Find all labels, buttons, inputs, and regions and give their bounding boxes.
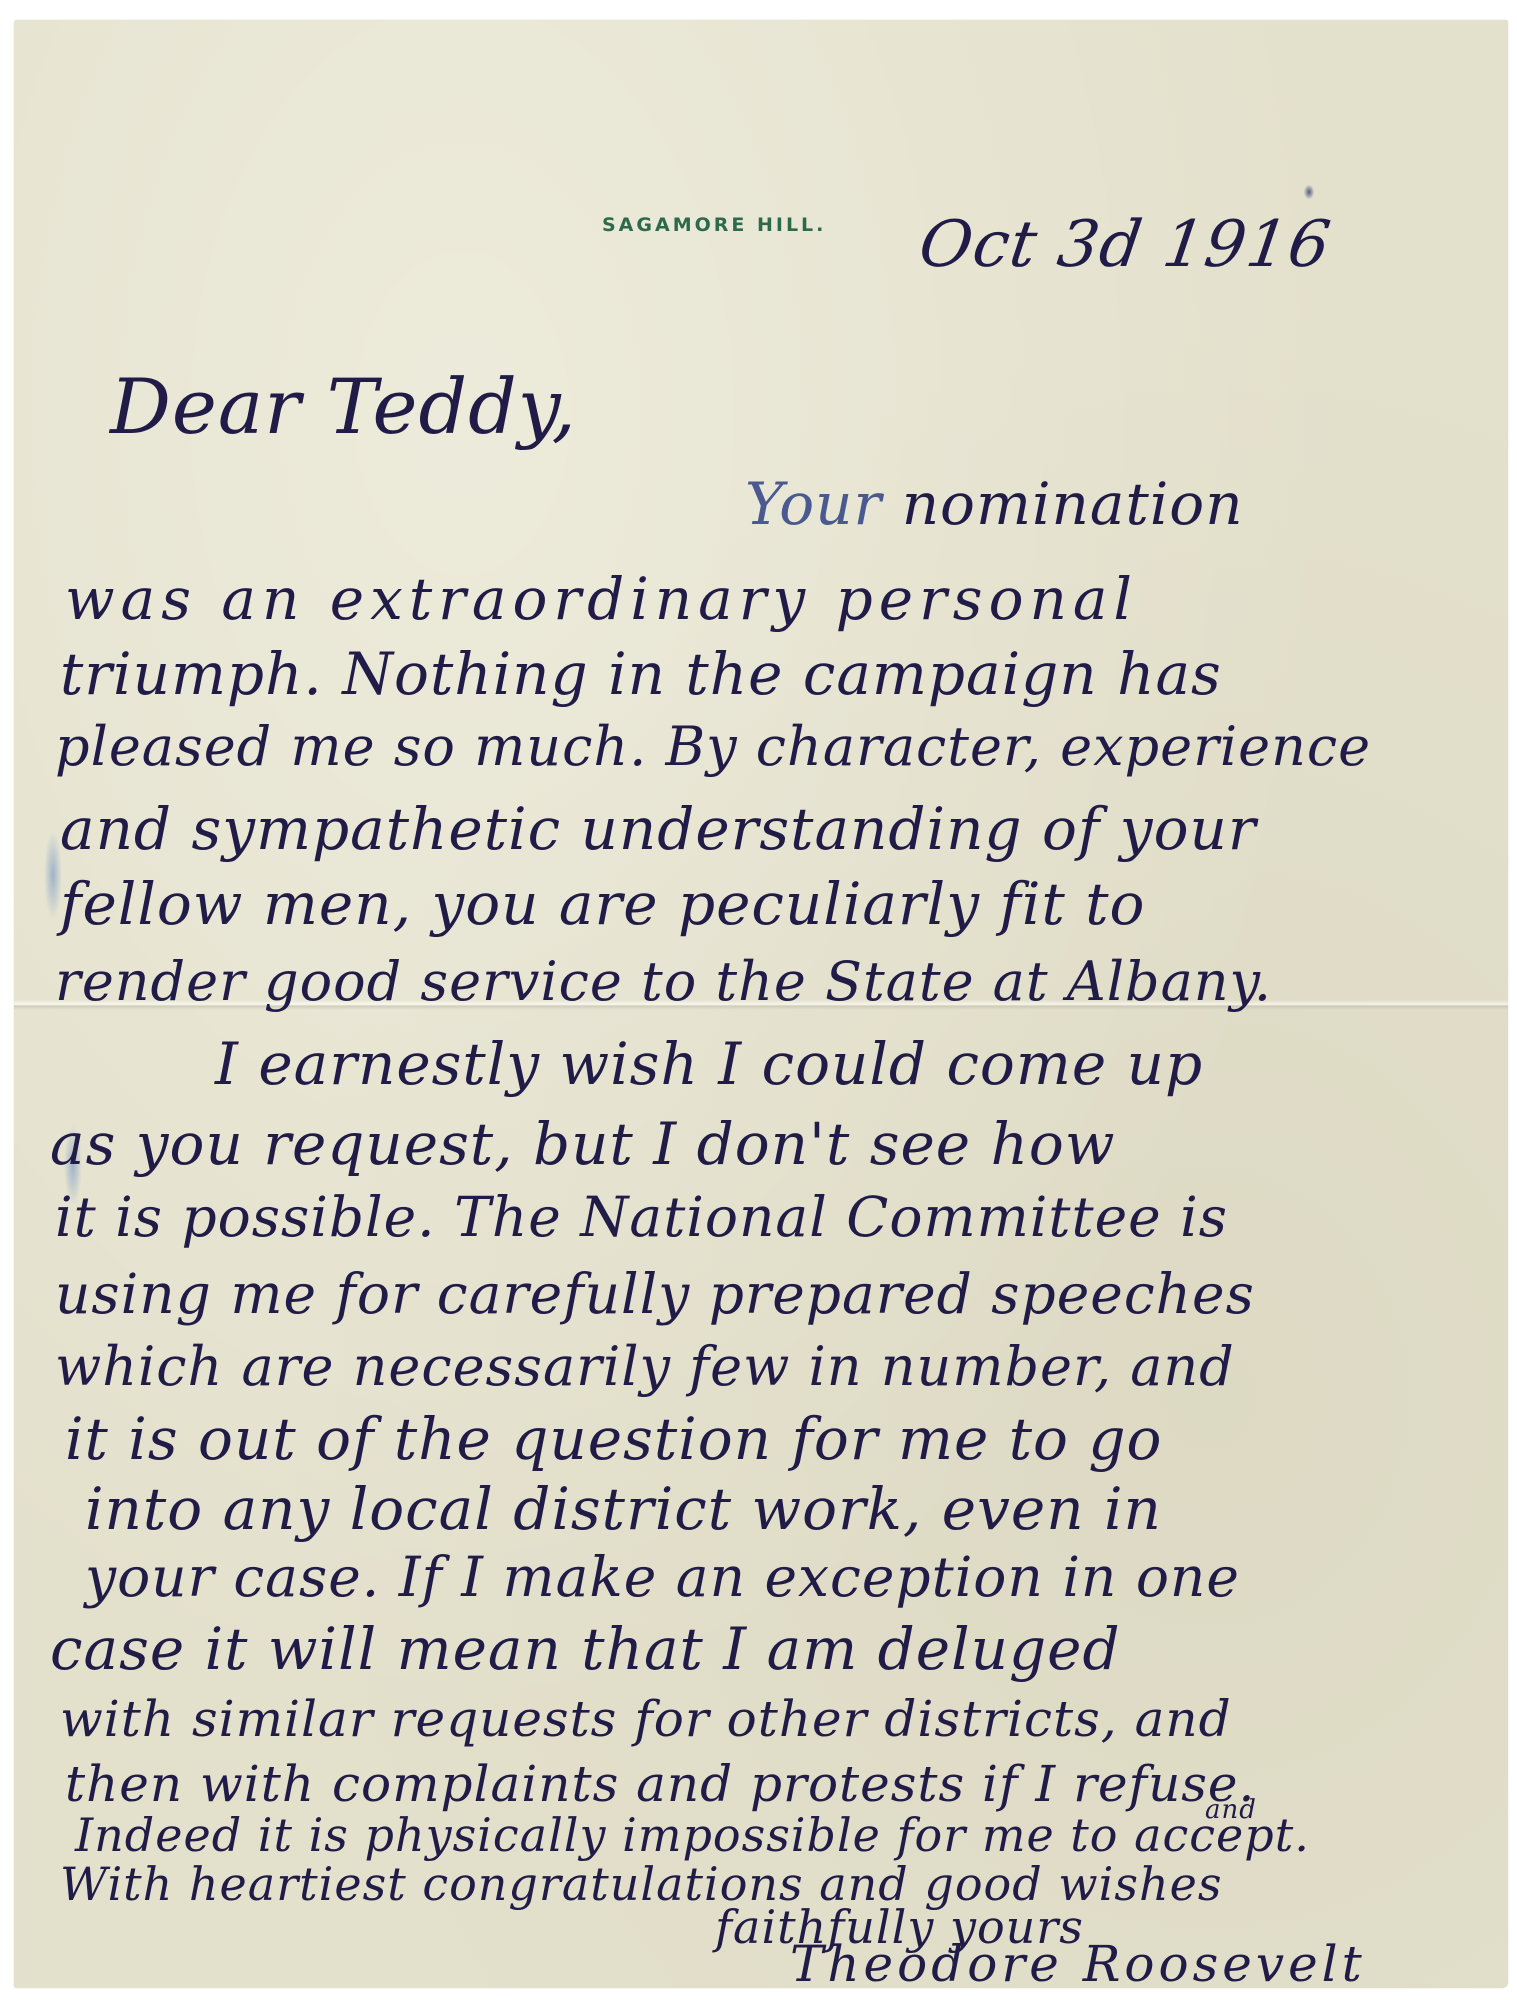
signature: Theodore Roosevelt — [790, 1935, 1366, 1993]
body-line: I earnestly wish I could come up — [215, 1030, 1203, 1098]
body-line: which are necessarily few in number, and — [55, 1335, 1235, 1398]
body-line: case it will mean that I am deluged — [50, 1615, 1121, 1683]
body-line: render good service to the State at Alba… — [55, 950, 1272, 1013]
salutation: Dear Teddy, — [110, 362, 577, 451]
letterhead: SAGAMORE HILL. — [602, 214, 826, 236]
body-line: it is possible. The National Committee i… — [55, 1185, 1228, 1249]
body-line: Indeed it is physically impossible for m… — [75, 1808, 1310, 1862]
body-line: and sympathetic understanding of your — [60, 795, 1257, 863]
body-line: using me for carefully prepared speeches — [55, 1262, 1255, 1326]
body-line: was an extraordinary personal — [65, 565, 1138, 633]
body-line: then with complaints and protests if I r… — [65, 1755, 1255, 1813]
body-line: Your nomination — [745, 470, 1244, 538]
body-line: your case. If I make an exception in one — [85, 1545, 1240, 1609]
body-word: Your — [745, 470, 882, 538]
body-word: nomination — [902, 470, 1244, 538]
body-line: as you request, but I don't see how — [50, 1110, 1116, 1178]
body-line: with similar requests for other district… — [60, 1690, 1232, 1748]
letter-date: Oct 3d 1916 — [915, 208, 1336, 282]
body-line: triumph. Nothing in the campaign has — [60, 640, 1222, 708]
body-line: pleased me so much. By character, experi… — [55, 715, 1371, 778]
body-line: it is out of the question for me to go — [65, 1405, 1162, 1473]
body-line: fellow men, you are peculiarly fit to — [60, 870, 1145, 938]
ink-speck — [1304, 185, 1314, 199]
body-line: into any local district work, even in — [85, 1475, 1162, 1543]
